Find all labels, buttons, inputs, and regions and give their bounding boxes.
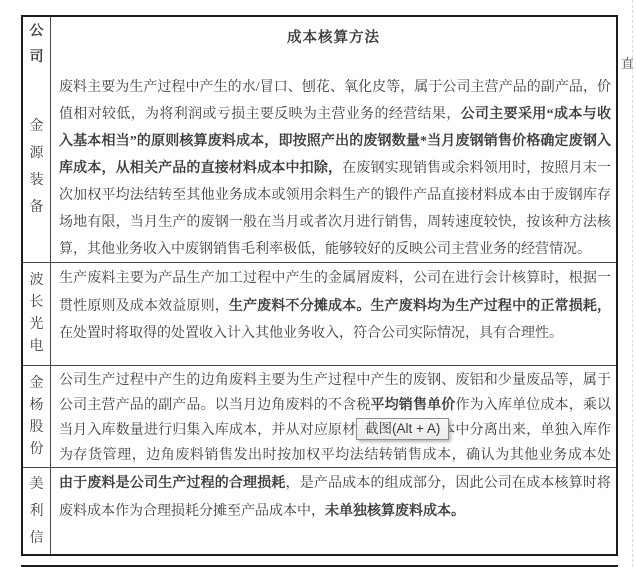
table-row: 金杨股份公司生产过程中产生的边角废料主要为生产过程中产生的废钢、废铝和少量废品等… <box>23 365 616 467</box>
header-company-char: 公 <box>30 19 44 45</box>
company-name-char: 光 <box>30 314 44 336</box>
method-text-bold-run: 平均销售单价 <box>370 398 455 413</box>
header-method-label: 成本核算方法 <box>51 17 616 72</box>
company-name-char: 利 <box>30 498 44 525</box>
table-row: 金源装备废料主要为生产过程中产生的水/冒口、刨花、氧化皮等，属于公司主营产品的副… <box>23 72 616 262</box>
company-name-char: 美 <box>30 471 44 498</box>
company-name-char: 股 <box>30 417 44 439</box>
method-text: 公司生产过程中产生的边角废料主要为生产过程中产生的废钢、废铝和少量废品等，属于公… <box>51 366 616 467</box>
table-body: 金源装备废料主要为生产过程中产生的水/冒口、刨花、氧化皮等，属于公司主营产品的副… <box>23 72 616 554</box>
company-name-char: 杨 <box>30 395 44 417</box>
company-name-char: 金 <box>30 373 44 395</box>
method-text-bold-run: 生产废料不分摊成本。生产废料均为生产过程中的正常损耗， <box>229 299 611 314</box>
table-header-row: 公司 成本核算方法 <box>23 17 616 72</box>
company-name-char: 源 <box>30 140 44 167</box>
method-text-run: 在处置时将取得的处置收入计入其他业务收入，符合公司实际情况，具有合理性。 <box>59 326 563 341</box>
company-name-char: 装 <box>30 167 44 194</box>
page-edge-guide <box>632 0 633 567</box>
company-name-char: 份 <box>30 439 44 461</box>
company-name-char: 长 <box>30 292 44 314</box>
header-company-char: 司 <box>30 45 44 71</box>
method-text: 由于废料是公司生产过程的合理损耗，是产品成本的组成部分，因此公司在成本核算时将废… <box>51 468 616 554</box>
method-text-bold-run: 未单独核算废料成本。 <box>325 504 465 519</box>
company-name: 金杨股份 <box>23 366 51 467</box>
company-name-char: 波 <box>30 270 44 292</box>
company-name-char: 信 <box>30 525 44 552</box>
screenshot-tooltip: 截图(Alt + A) <box>356 418 449 440</box>
method-text-bold-run: 由于废料是公司生产过程的合理损耗 <box>59 476 286 491</box>
company-name: 金源装备 <box>23 72 51 262</box>
method-text: 生产废料主要为产品生产加工过程中产生的金属屑废料，公司在进行会计核算时，根据一贯… <box>51 263 616 365</box>
table-row: 波长光电生产废料主要为产品生产加工过程中产生的金属屑废料，公司在进行会计核算时，… <box>23 262 616 365</box>
company-name: 美利信 <box>23 468 51 554</box>
table-row: 美利信由于废料是公司生产过程的合理损耗，是产品成本的组成部分，因此公司在成本核算… <box>23 467 616 554</box>
company-name-char: 电 <box>30 336 44 358</box>
company-name-char: 备 <box>30 194 44 221</box>
company-name: 波长光电 <box>23 263 51 365</box>
header-company-cell: 公司 <box>23 17 51 72</box>
company-name-char: 金 <box>30 113 44 140</box>
method-text: 废料主要为生产过程中产生的水/冒口、刨花、氧化皮等，属于公司主营产品的副产品，价… <box>51 72 616 262</box>
cost-method-table: 公司 成本核算方法 金源装备废料主要为生产过程中产生的水/冒口、刨花、氧化皮等，… <box>21 15 618 556</box>
